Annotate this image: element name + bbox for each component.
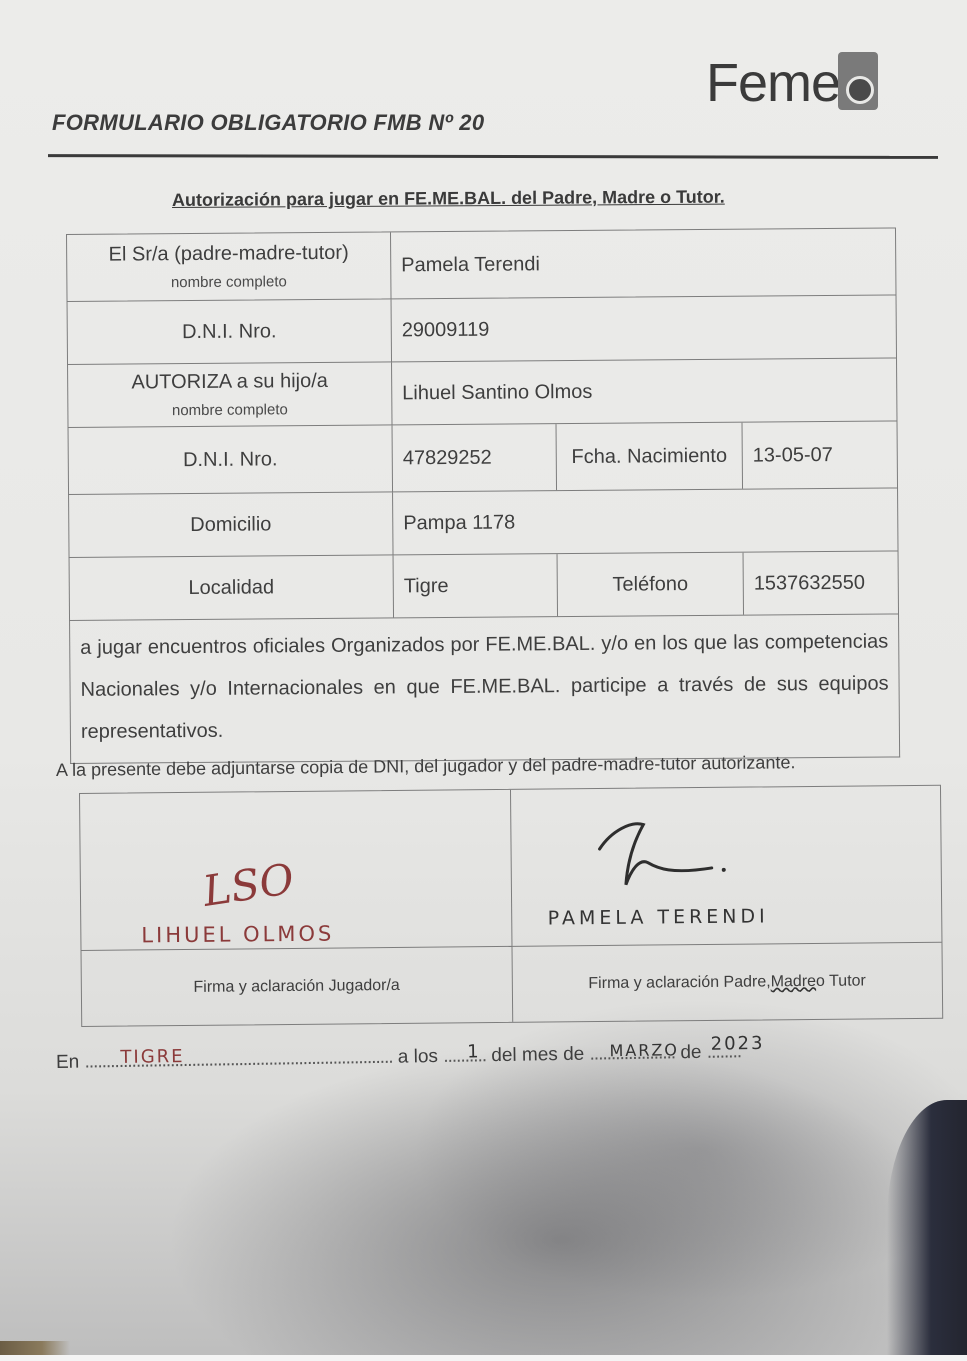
a-los-label: a los xyxy=(398,1046,438,1068)
parent-label-cell: El Sr/a (padre-madre-tutor) nombre compl… xyxy=(67,232,392,301)
locality-value: Tigre xyxy=(394,554,558,617)
child-sublabel: nombre completo xyxy=(68,400,391,420)
child-label: AUTORIZA a su hijo/a xyxy=(68,369,391,395)
birthdate-label: Fcha. Nacimiento xyxy=(557,423,744,490)
player-signature-caption: Firma y aclaración Jugador/a xyxy=(82,947,512,1026)
player-signature-area: LSO LIHUEL OLMOS xyxy=(80,790,511,951)
parent-caption-suffix: o Tutor xyxy=(816,972,866,990)
child-label-cell: AUTORIZA a su hijo/a nombre completo xyxy=(68,362,392,427)
address-label: Domicilio xyxy=(69,492,393,557)
authorization-text: a jugar encuentros oficiales Organizados… xyxy=(69,614,900,764)
phone-value: 1537632550 xyxy=(744,551,898,614)
signature-table: LSO LIHUEL OLMOS Firma y aclaración Juga… xyxy=(79,785,943,1027)
child-dni-label: D.N.I. Nro. xyxy=(69,425,394,494)
logo-text: Feme xyxy=(706,56,840,110)
parent-dni-label: D.N.I. Nro. xyxy=(68,299,392,364)
en-label: En xyxy=(56,1052,80,1073)
femebal-logo: Feme xyxy=(706,46,878,110)
child-name-value: Lihuel Santino Olmos xyxy=(392,358,896,424)
month-value: MARZO xyxy=(609,1040,679,1060)
child-name-row: AUTORIZA a su hijo/a nombre completo Lih… xyxy=(67,358,897,428)
table-surface-corner xyxy=(0,1341,70,1355)
form-title: FORMULARIO OBLIGATORIO FMB Nº 20 xyxy=(52,110,484,136)
address-row: Domicilio Pampa 1178 xyxy=(68,488,898,558)
parent-sublabel: nombre completo xyxy=(67,272,390,292)
year-value: 2023 xyxy=(711,1033,765,1055)
screenshot-bottom-edge xyxy=(0,1355,967,1361)
parent-dni-value: 29009119 xyxy=(392,295,896,361)
birthdate-value: 13-05-07 xyxy=(743,421,898,488)
phone-label: Teléfono xyxy=(558,553,744,616)
parent-signature-area: PAMELA TERENDI xyxy=(510,786,941,947)
player-name-handwritten: LIHUEL OLMOS xyxy=(141,922,334,948)
parent-name-handwritten: PAMELA TERENDI xyxy=(548,905,769,929)
day-value: 1 xyxy=(467,1041,481,1062)
locality-label: Localidad xyxy=(70,555,394,620)
parent-caption-madre: Madre xyxy=(771,972,817,990)
place-field: ........................................… xyxy=(84,1047,392,1073)
parent-caption-prefix: Firma y aclaración Padre, xyxy=(588,973,770,993)
month-label: del mes de xyxy=(491,1044,584,1066)
authorization-table: El Sr/a (padre-madre-tutor) nombre compl… xyxy=(66,227,900,764)
child-dni-row: D.N.I. Nro. 47829252 Fcha. Nacimiento 13… xyxy=(68,421,899,495)
parent-signature-caption: Firma y aclaración Padre, Madre o Tutor xyxy=(512,943,942,1022)
form-subtitle: Autorización para jugar en FE.ME.BAL. de… xyxy=(172,187,725,211)
de-label: de xyxy=(680,1042,701,1063)
parent-name-row: El Sr/a (padre-madre-tutor) nombre compl… xyxy=(66,227,897,302)
player-signature-column: LSO LIHUEL OLMOS Firma y aclaración Juga… xyxy=(80,790,513,1026)
basketball-logo-icon xyxy=(838,52,878,110)
day-field: ..........1 xyxy=(443,1045,486,1067)
parent-signature-scribble-icon xyxy=(591,817,762,899)
locality-row: Localidad Tigre Teléfono 1537632550 xyxy=(69,551,899,621)
month-field: ....................MARZO xyxy=(589,1042,675,1064)
year-field: ........2023 xyxy=(707,1041,742,1063)
parent-name-value: Pamela Terendi xyxy=(391,228,896,298)
place-value: TIGRE xyxy=(120,1046,184,1068)
parent-dni-row: D.N.I. Nro. 29009119 xyxy=(67,295,897,365)
parent-label: El Sr/a (padre-madre-tutor) xyxy=(67,241,390,267)
parent-signature-column: PAMELA TERENDI Firma y aclaración Padre,… xyxy=(510,786,942,1022)
address-value: Pampa 1178 xyxy=(393,488,897,554)
player-signature: LSO xyxy=(200,854,297,916)
child-dni-value: 47829252 xyxy=(393,424,558,491)
